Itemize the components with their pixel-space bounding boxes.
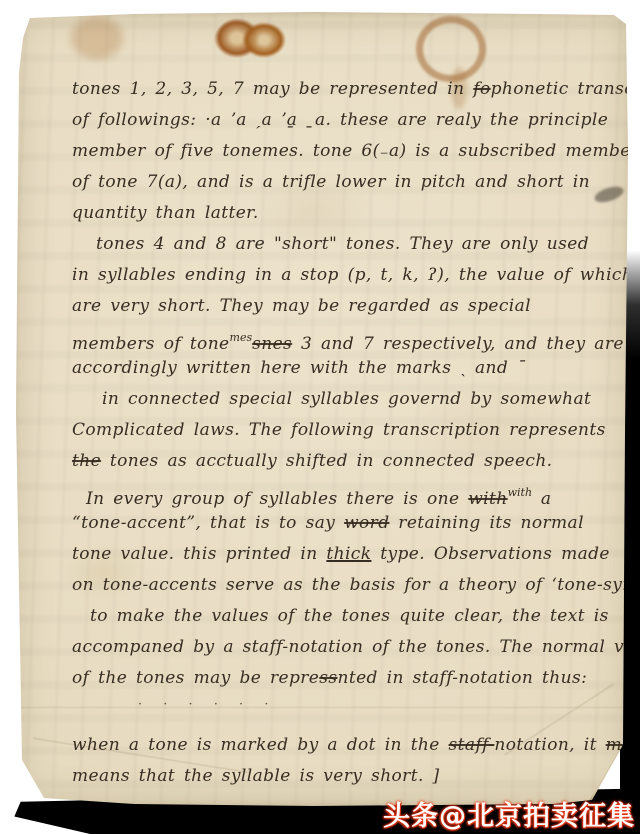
manuscript-text: tones 1, 2, 3, 5, 7 may be represented i… [14,12,630,806]
manuscript-line: accordingly written here with the marks … [72,353,600,384]
manuscript-line: · · · · · · [138,694,600,716]
watermark: 头条@北京拍卖征集 [383,794,635,833]
manuscript-line: Complicated laws. The following transcri… [72,415,600,446]
manuscript-line: on tone-accents serve as the basis for a… [72,570,600,601]
manuscript-line: tones 4 and 8 are "short" tones. They ar… [96,229,600,260]
manuscript-line: the tones as acctually shifted in connec… [72,446,600,477]
manuscript-line: when a tone is marked by a dot in the st… [72,730,600,761]
manuscript-line: tones 1, 2, 3, 5, 7 may be represented i… [72,74,600,105]
manuscript-line: tone value. this printed in thick type. … [72,539,600,570]
manuscript-line: in syllables ending in a stop (p, t, k, … [72,260,600,291]
manuscript-line: members of tonemessnes 3 and 7 respectiv… [72,322,600,353]
manuscript-line: means that the syllable is very short. ] [72,761,600,792]
manuscript-line: of followings: ·a ʼa ˏa ʼa̱ ˍa. these ar… [72,105,600,136]
manuscript-line: In every group of syllables there is one… [86,477,600,508]
photo-background: tones 1, 2, 3, 5, 7 may be represented i… [0,0,640,834]
manuscript-line: are very short. They may be regarded as … [72,291,600,322]
manuscript-line: member of five tonemes. tone 6(₋a) is a … [72,136,600,167]
manuscript-line: quantity than latter. [72,198,600,229]
manuscript-line: to make the values of the tones quite cl… [90,601,600,632]
manuscript-line: “tone-accent”, that is to say word retai… [72,508,600,539]
manuscript-page: tones 1, 2, 3, 5, 7 may be represented i… [14,12,630,806]
manuscript-line: in connected special syllables governd b… [102,384,600,415]
manuscript-line: of the tones may be repressnted in staff… [72,663,600,694]
manuscript-line: of tone 7(a), and is a trifle lower in p… [72,167,600,198]
manuscript-line: accompaned by a staff-notation of the to… [72,632,600,663]
